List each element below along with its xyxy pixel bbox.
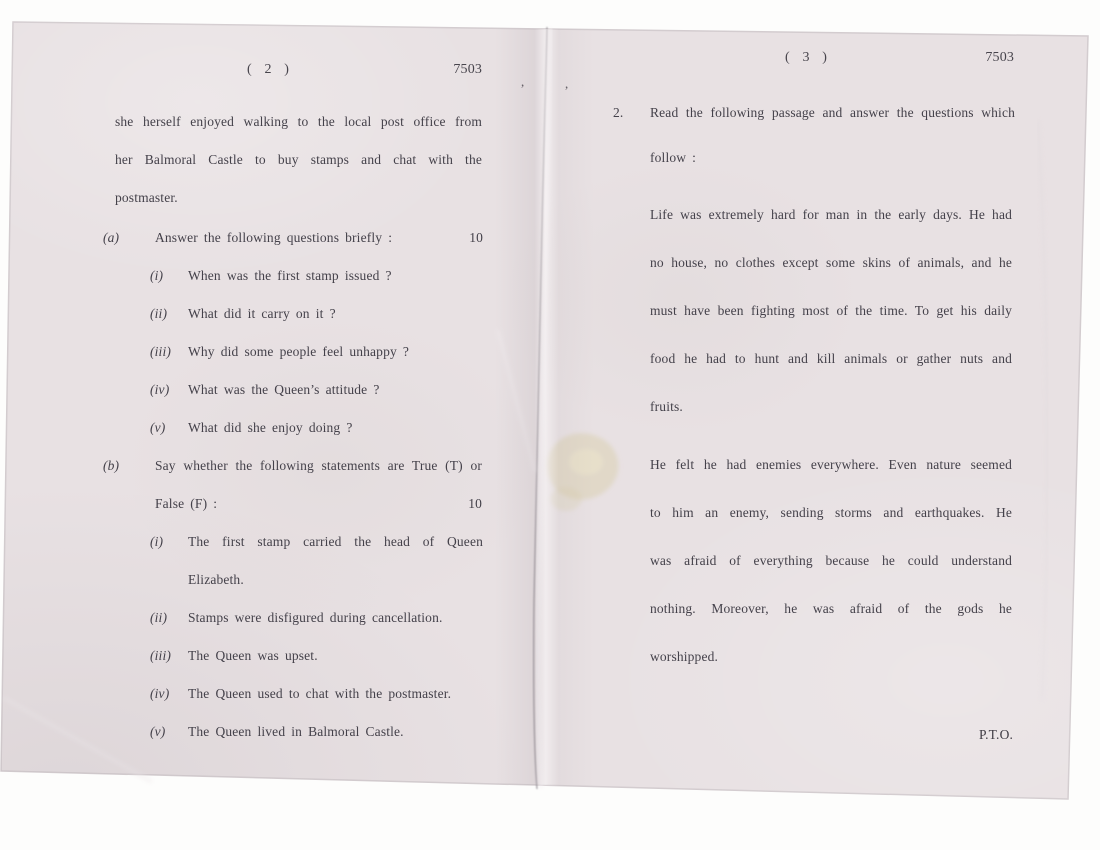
page-2: ( 2 ) 7503 she herself enjoyed walking t… [103, 62, 483, 751]
statement-text: The first stamp carried the head of Quee… [188, 523, 483, 599]
text-line: was afraid of everything because he coul… [650, 537, 1012, 585]
section-b-label: (b) [103, 447, 119, 485]
question-item: (ii) What did it carry on it ? [150, 295, 483, 333]
section-b: (b) Say whether the following statements… [103, 447, 483, 523]
question-2-text: Read the following passage and answer th… [650, 90, 1015, 180]
question-label: (ii) [150, 295, 188, 333]
section-a: (a) Answer the following questions brief… [103, 219, 483, 257]
question-label: (i) [150, 257, 188, 295]
question-text: What did it carry on it ? [188, 295, 483, 333]
statement-label: (i) [150, 523, 188, 561]
question-text: Why did some people feel unhappy ? [188, 333, 483, 371]
text-line: her Balmoral Castle to buy stamps and ch… [115, 141, 482, 179]
text-line: fruits. [650, 383, 1012, 431]
page-number: ( 2 ) [247, 62, 289, 78]
text-line: What was the Queen’s attitude ? [188, 371, 483, 409]
text-line: False (F) : [155, 485, 482, 523]
question-2: 2. Read the following passage and answer… [613, 90, 1015, 180]
page-header: ( 2 ) 7503 [103, 62, 483, 86]
statement-text: Stamps were disfigured during cancellati… [188, 599, 483, 637]
question-label: (iii) [150, 333, 188, 371]
text-line: Why did some people feel unhappy ? [188, 333, 483, 371]
text-line: The Queen lived in Balmoral Castle. [188, 713, 483, 751]
text-line: nothing. Moreover, he was afraid of the … [650, 585, 1012, 633]
question-text: What did she enjoy doing ? [188, 409, 483, 447]
text-line: postmaster. [115, 179, 482, 217]
question-item: (iii) Why did some people feel unhappy ? [150, 333, 483, 371]
statement-item: (iii) The Queen was upset. [150, 637, 483, 675]
question-2-label: 2. [613, 90, 650, 135]
paper-code: 7503 [453, 62, 482, 78]
question-label: (v) [150, 409, 188, 447]
statement-text: The Queen used to chat with the postmast… [188, 675, 483, 713]
text-line: worshipped. [650, 633, 1012, 681]
text-line: food he had to hunt and kill animals or … [650, 335, 1012, 383]
statement-item: (iv) The Queen used to chat with the pos… [150, 675, 483, 713]
text-line: Life was extremely hard for man in the e… [650, 191, 1012, 239]
text-line: What did it carry on it ? [188, 295, 483, 333]
statement-list-b: (i) The first stamp carried the head of … [150, 523, 483, 751]
section-b-text: Say whether the following statements are… [155, 447, 482, 523]
question-text: When was the first stamp issued ? [188, 257, 483, 295]
text-line: Elizabeth. [188, 561, 483, 599]
statement-label: (iii) [150, 637, 188, 675]
question-item: (i) When was the first stamp issued ? [150, 257, 483, 295]
page-header: ( 3 ) 7503 [613, 50, 1015, 74]
page-3: ( 3 ) 7503 2. Read the following passage… [613, 50, 1015, 745]
text-line: she herself enjoyed walking to the local… [115, 103, 482, 141]
statement-text: The Queen lived in Balmoral Castle. [188, 713, 483, 751]
text-line: What did she enjoy doing ? [188, 409, 483, 447]
passage-paragraph-1: Life was extremely hard for man in the e… [650, 191, 1012, 431]
statement-item: (v) The Queen lived in Balmoral Castle. [150, 713, 483, 751]
statement-label: (v) [150, 713, 188, 751]
statement-item: (i) The first stamp carried the head of … [150, 523, 483, 599]
scan-content: ( 2 ) 7503 she herself enjoyed walking t… [0, 0, 1100, 850]
text-line: no house, no clothes except some skins o… [650, 239, 1012, 287]
statement-label: (ii) [150, 599, 188, 637]
statement-label: (iv) [150, 675, 188, 713]
section-a-marks: 10 [469, 219, 483, 257]
paper-code: 7503 [985, 50, 1014, 66]
question-label: (iv) [150, 371, 188, 409]
intro-paragraph: she herself enjoyed walking to the local… [115, 103, 482, 217]
text-line: The Queen used to chat with the postmast… [188, 675, 483, 713]
text-line: The Queen was upset. [188, 637, 483, 675]
pto-label: P.T.O. [613, 725, 1015, 745]
section-b-marks: 10 [468, 485, 482, 523]
text-line: Say whether the following statements are… [155, 447, 482, 485]
question-text: What was the Queen’s attitude ? [188, 371, 483, 409]
passage-paragraph-2: He felt he had enemies everywhere. Even … [650, 441, 1012, 681]
text-line: When was the first stamp issued ? [188, 257, 483, 295]
text-line: Stamps were disfigured during cancellati… [188, 599, 483, 637]
question-item: (v) What did she enjoy doing ? [150, 409, 483, 447]
text-line: He felt he had enemies everywhere. Even … [650, 441, 1012, 489]
page-number: ( 3 ) [785, 50, 827, 66]
question-item: (iv) What was the Queen’s attitude ? [150, 371, 483, 409]
text-line: must have been fighting most of the time… [650, 287, 1012, 335]
statement-item: (ii) Stamps were disfigured during cance… [150, 599, 483, 637]
statement-text: The Queen was upset. [188, 637, 483, 675]
text-line: Read the following passage and answer th… [650, 90, 1015, 135]
section-a-label: (a) [103, 219, 155, 257]
question-list-a: (i) When was the first stamp issued ? (i… [150, 257, 483, 447]
text-line: to him an enemy, sending storms and eart… [650, 489, 1012, 537]
text-line: The first stamp carried the head of Quee… [188, 523, 483, 561]
text-line: follow : [650, 135, 1015, 180]
section-a-text: Answer the following questions briefly : [155, 219, 469, 257]
